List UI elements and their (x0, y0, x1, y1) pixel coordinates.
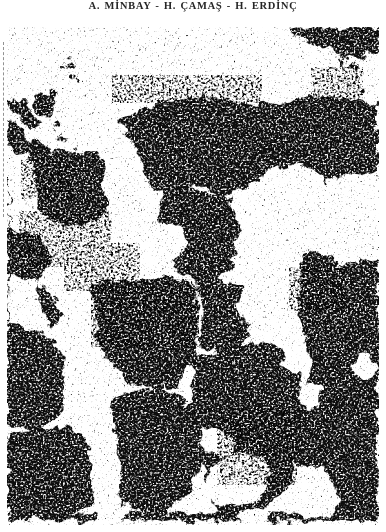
left-margin-dashed-line (3, 42, 4, 217)
page-header-authors: A. MİNBAY - H. ÇAMAŞ - H. ERDİNÇ (0, 1, 386, 12)
halftone-photograph (7, 27, 379, 525)
scanned-paper-page: A. MİNBAY - H. ÇAMAŞ - H. ERDİNÇ (0, 0, 386, 532)
photo-grain-black (7, 27, 379, 525)
